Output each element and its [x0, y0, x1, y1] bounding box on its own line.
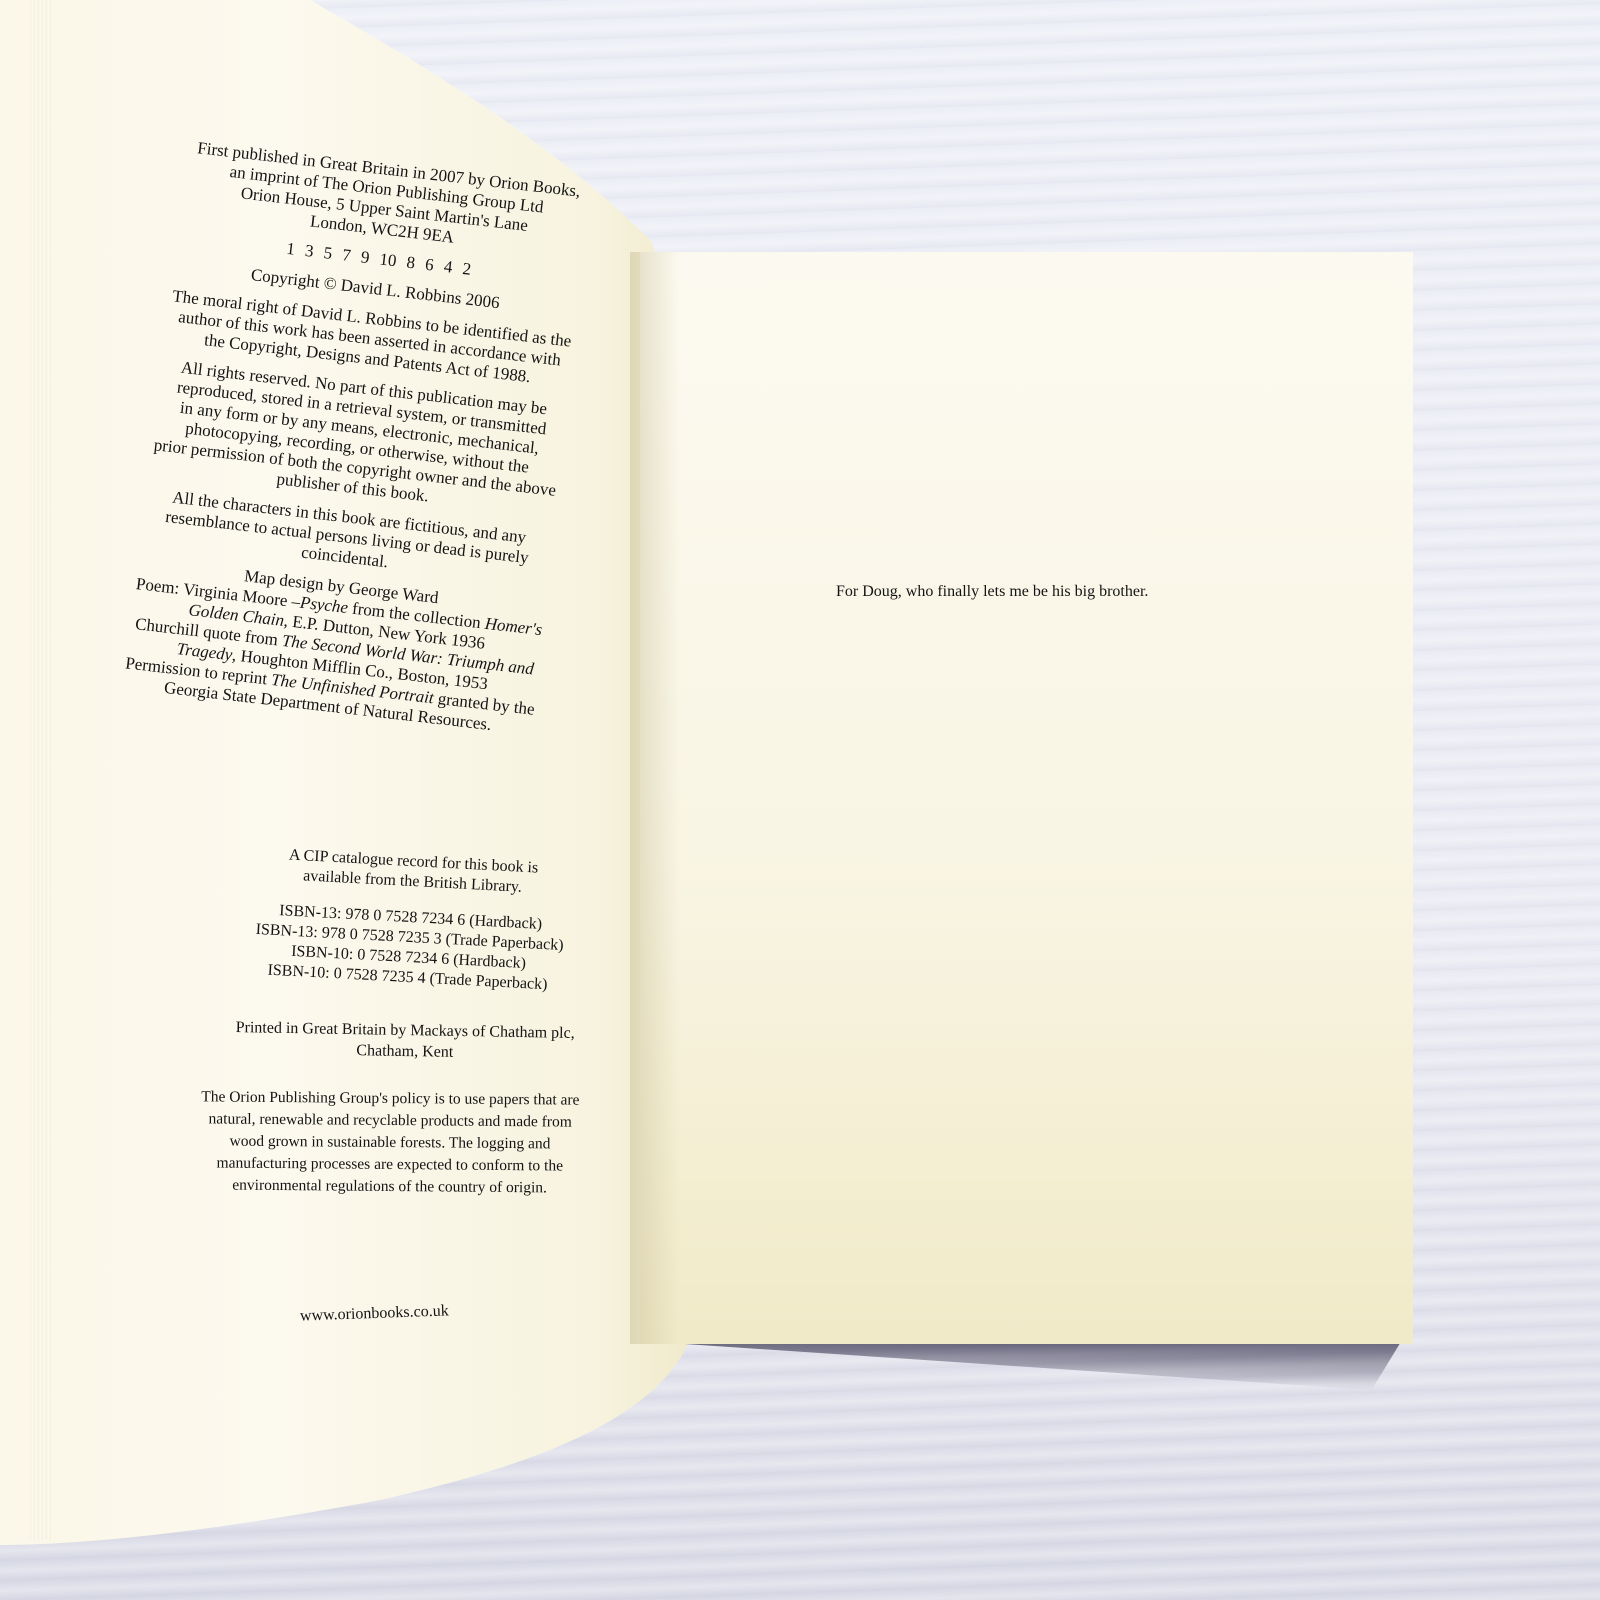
right-page-dedication — [640, 252, 1413, 1344]
page-edges — [30, 0, 52, 1540]
isbn-list: ISBN-13: 978 0 7528 7234 6 (Hardback) IS… — [197, 897, 621, 999]
dedication-text: For Doug, who finally lets me be his big… — [836, 583, 1148, 601]
paper-policy: The Orion Publishing Group's policy is t… — [160, 1086, 621, 1200]
copyright-block: First published in Great Britain in 2007… — [87, 133, 628, 754]
printer-notice: Printed in Great Britain by Mackays of C… — [200, 1016, 611, 1065]
spine-shade — [630, 252, 680, 1344]
cip-isbn-block: A CIP catalogue record for this book is … — [196, 841, 624, 1019]
